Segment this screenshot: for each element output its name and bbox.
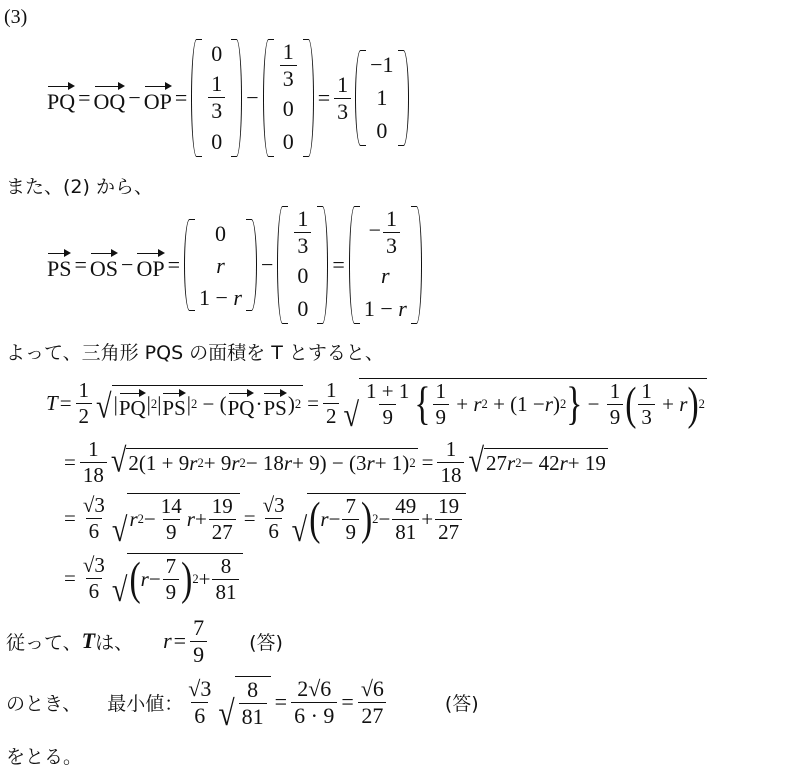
column-vector: −13r1 − r — [349, 206, 422, 324]
vector-pq: PQ — [47, 81, 75, 115]
column-vector: 1300 — [263, 39, 314, 157]
equation-pq: PQ = OQ − OP = 0130 − 1300 = 13 −110 — [46, 36, 411, 160]
text-yotte: よって、三角形 PQS の面積を T とすると、 — [6, 338, 384, 365]
answer-mark: (答) — [249, 628, 283, 655]
text-mata: また、(2) から、 — [6, 172, 153, 199]
conclusion-min: のとき、 最小値： √36 √881 = 2√66 · 9 = √627 (答) — [6, 676, 479, 728]
column-vector: −110 — [355, 50, 408, 146]
area-line-3: = √36 √r2 − 149r + 1927 = √36 √(r − 79)2… — [62, 490, 468, 546]
vector-oq: OQ — [94, 81, 126, 115]
equation-ps: PS = OS − OP = 0r1 − r − 1300 = −13r1 − … — [46, 204, 424, 326]
vector-os: OS — [90, 248, 118, 282]
text-wo-toru: をとる。 — [6, 742, 82, 769]
area-line-1: T= 12 √ |PQ|2|PS|2 − (PQ·PS)2 = 12 √ 1 +… — [46, 374, 709, 432]
answer-mark: (答) — [445, 689, 479, 716]
column-vector: 0r1 − r — [184, 219, 257, 311]
area-line-4: = √36 √(r − 79)2 + 881 — [62, 550, 245, 606]
column-vector: 1300 — [277, 206, 328, 324]
vector-ps: PS — [47, 248, 71, 282]
part-label: (3) — [4, 6, 27, 29]
vector-op: OP — [136, 248, 164, 282]
vector-op: OP — [144, 81, 172, 115]
area-line-2: = 118 √2(1 + 9r2 + 9r2 − 18r + 9) − (3r … — [62, 438, 610, 486]
conclusion-r: 従って、 T は、 r= 79 (答) — [6, 616, 283, 666]
column-vector: 0130 — [191, 39, 242, 157]
